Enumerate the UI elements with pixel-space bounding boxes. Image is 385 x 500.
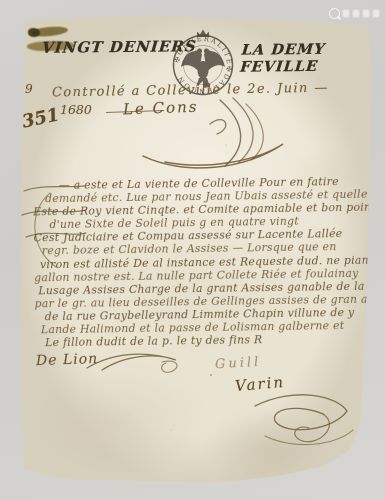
flourish-stroke — [210, 120, 226, 134]
watermark-character — [342, 9, 350, 18]
signature-right-secondary: Guill — [215, 355, 262, 372]
flourish-stroke — [265, 430, 353, 445]
docket-number: 351 — [20, 104, 61, 132]
flourish-stroke — [295, 414, 330, 442]
watermark-character — [372, 9, 380, 18]
countersign-flourish — [115, 94, 295, 179]
flourish-stroke — [255, 395, 347, 430]
ink-blot — [28, 28, 40, 37]
manuscript-photo: VINGT DENIERS LA DEMY FEVILLE ✠GENERALIT… — [0, 0, 385, 500]
flourish-stroke — [162, 361, 177, 372]
stamp-crown-icon — [197, 30, 209, 38]
auction-watermark — [329, 8, 380, 19]
paper-specks — [20, 14, 22, 16]
signature-left-flourish — [82, 348, 187, 378]
header-right-text: LA DEMY FEVILLE — [239, 40, 373, 75]
magnifier-icon — [329, 8, 340, 19]
flourish-stroke — [220, 100, 241, 166]
flourish-stroke — [143, 144, 283, 168]
manuscript-paper: VINGT DENIERS LA DEMY FEVILLE ✠GENERALIT… — [20, 14, 372, 486]
watermark-character — [362, 9, 370, 18]
control-year: 1680 — [60, 102, 92, 117]
control-margin-mark: 9 — [25, 82, 33, 96]
watermark-character — [352, 9, 360, 18]
body-text: — a este et La viente de Colleville Pour… — [33, 175, 369, 350]
signature-paraph — [245, 386, 360, 454]
